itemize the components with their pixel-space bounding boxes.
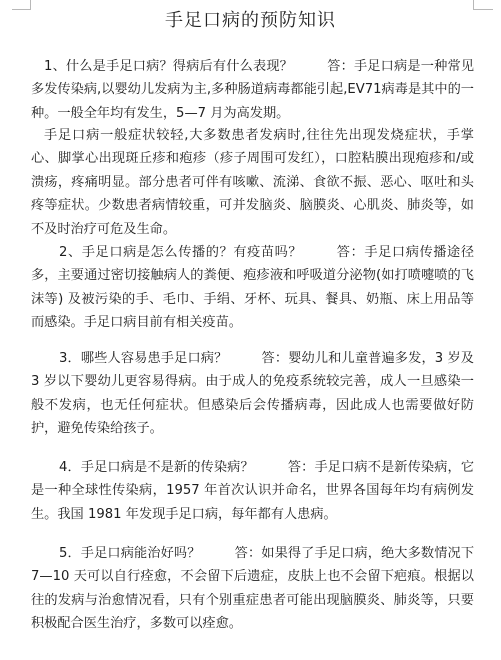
question-5: 5．手足口病能治好吗？ [59, 546, 201, 561]
section-5: 5．手足口病能治好吗？答：如果得了手足口病，绝大多数情况下 7—10 天可以自行… [31, 542, 474, 636]
section-1: 1、什么是手足口病？得病后有什么表现？答：手足口病是一种常见多发传染病,以婴幼儿… [31, 55, 474, 125]
question-1: 1、什么是手足口病？得病后有什么表现？ [44, 59, 293, 74]
section-4: 4．手足口病是不是新的传染病？答：手足口病不是新传染病，它是一种全球性传染病，1… [31, 456, 474, 526]
section-2: 2、手足口病是怎么传播的？有疫苗吗？答：手足口病传播途径多，主要通过密切接触病人… [31, 241, 474, 335]
section-3: 3．哪些人容易患手足口病？答：婴幼儿和儿童普遍多发，3 岁及 3 岁以下婴幼儿更… [31, 347, 474, 441]
question-3: 3．哪些人容易患手足口病？ [59, 351, 227, 366]
question-2: 2、手足口病是怎么传播的？有疫苗吗？ [59, 245, 302, 260]
question-4: 4．手足口病是不是新的传染病？ [59, 460, 254, 475]
section-1-continued: 手足口病一般症状较轻,大多数患者发病时,往往先出现发烧症状，手掌心、脚掌心出现斑… [31, 124, 474, 241]
document-title: 手足口病的预防知识 [0, 8, 501, 34]
